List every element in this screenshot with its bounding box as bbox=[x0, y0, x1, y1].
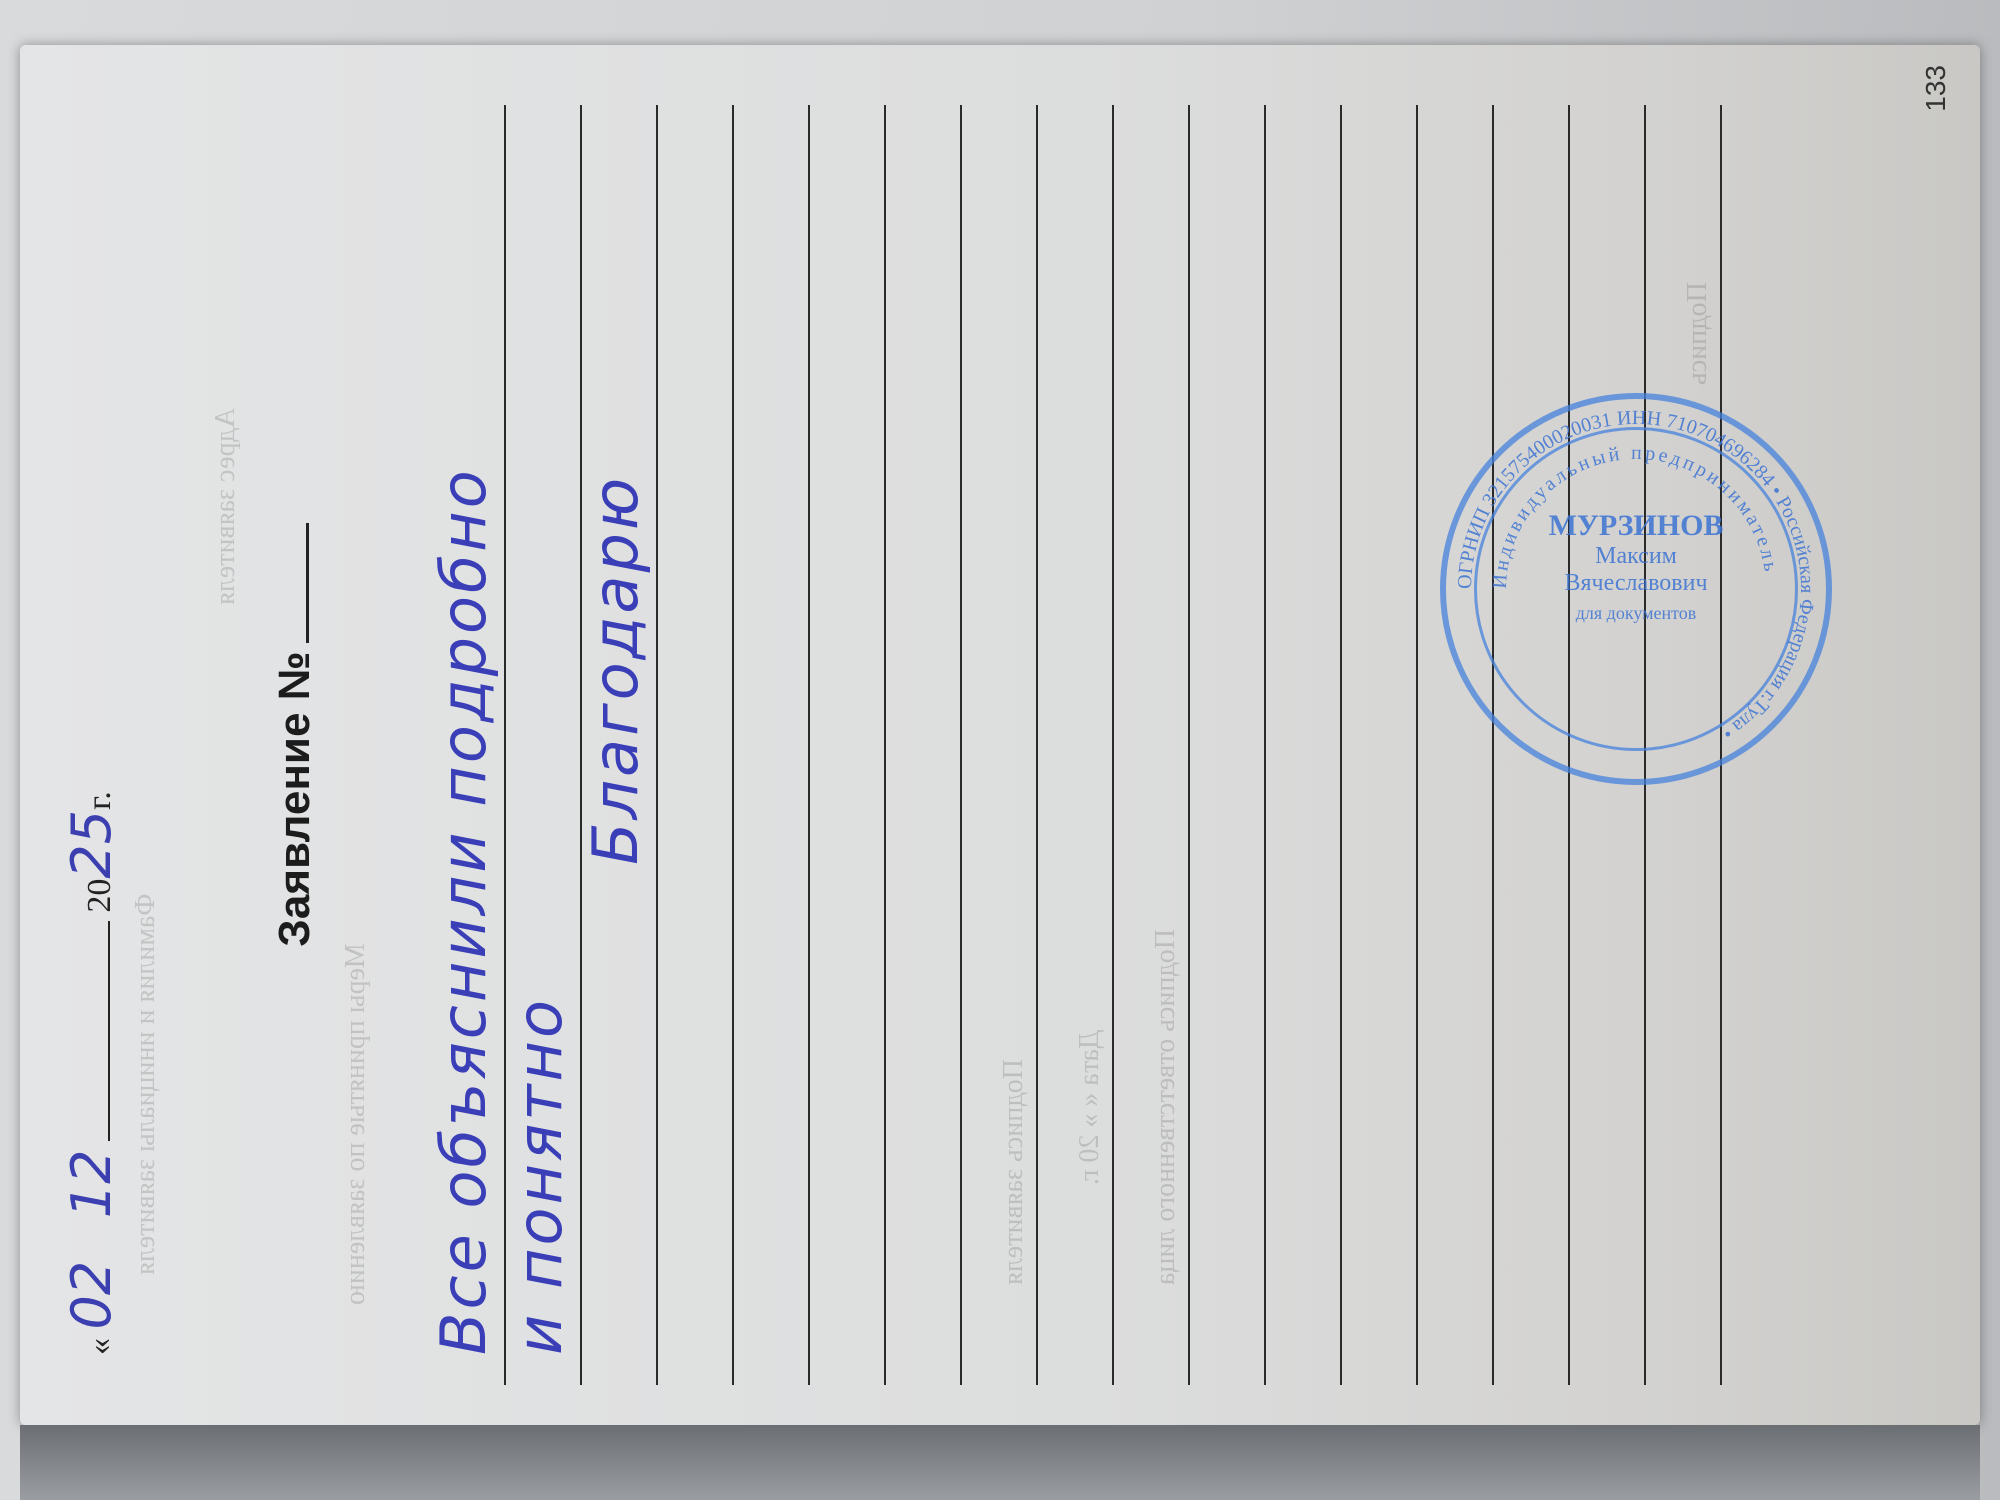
ruled-line: Подпись ответственного лица bbox=[1114, 105, 1190, 1385]
ruled-line bbox=[886, 105, 962, 1385]
year-prefix: 20 bbox=[81, 879, 118, 913]
document-title: Заявление № bbox=[270, 45, 320, 1425]
title-text: Заявление № bbox=[270, 651, 319, 946]
handwritten-line: Благодарю bbox=[579, 475, 652, 865]
bleed-text: Дата « » 20 г. bbox=[1074, 1030, 1106, 1185]
ruled-line bbox=[734, 105, 810, 1385]
page-content: Фамилия и инициалы заявителя Адрес заяви… bbox=[20, 45, 1980, 1425]
bleed-text: Подпись bbox=[1682, 282, 1714, 385]
date-field: « 02 12 2025г. bbox=[60, 791, 123, 1355]
date-month: 12 bbox=[60, 1150, 123, 1219]
stamp-patronymic: Вячеславович bbox=[1446, 570, 1826, 597]
bleed-text: Подпись ответственного лица bbox=[1150, 929, 1182, 1285]
ruled-line: Подпись заявителя bbox=[962, 105, 1038, 1385]
ruled-line: и понятно bbox=[506, 105, 582, 1385]
handwritten-line: Все объяснили подробно bbox=[427, 467, 500, 1355]
date-day: 02 bbox=[60, 1261, 123, 1330]
year-unit: г. bbox=[81, 791, 118, 810]
ruled-line bbox=[658, 105, 734, 1385]
stamp-surname: МУРЗИНОВ bbox=[1446, 509, 1826, 543]
bleed-text: Фамилия и инициалы заявителя bbox=[130, 893, 162, 1275]
quote-mark: « bbox=[81, 1338, 118, 1355]
ruled-line: Благодарю bbox=[582, 105, 658, 1385]
ruled-line bbox=[810, 105, 886, 1385]
ruled-line: Дата « » 20 г. bbox=[1038, 105, 1114, 1385]
ruled-line bbox=[1190, 105, 1266, 1385]
ruled-line: Все объяснили подробно bbox=[430, 105, 506, 1385]
page-stack-edge bbox=[20, 1425, 1980, 1500]
number-blank bbox=[306, 523, 309, 643]
ruled-line bbox=[1266, 105, 1342, 1385]
bleed-text: Подпись заявителя bbox=[998, 1059, 1030, 1285]
bleed-text: Меры принятые по заявлению bbox=[340, 943, 372, 1305]
handwritten-line: и понятно bbox=[503, 997, 576, 1355]
stamp-purpose: для документов bbox=[1446, 603, 1826, 624]
ruled-line bbox=[1342, 105, 1418, 1385]
stamp-first-name: Максим bbox=[1446, 543, 1826, 570]
bleed-text: Адрес заявителя bbox=[210, 408, 242, 605]
stamp-center: МУРЗИНОВ Максим Вячеславович для докумен… bbox=[1446, 509, 1826, 624]
page-number: 133 bbox=[1920, 65, 1952, 112]
year-suffix: 25 bbox=[60, 810, 123, 879]
company-stamp: ОГРНИП 321575400020031 ИНН 710704696284 … bbox=[1440, 393, 1832, 785]
